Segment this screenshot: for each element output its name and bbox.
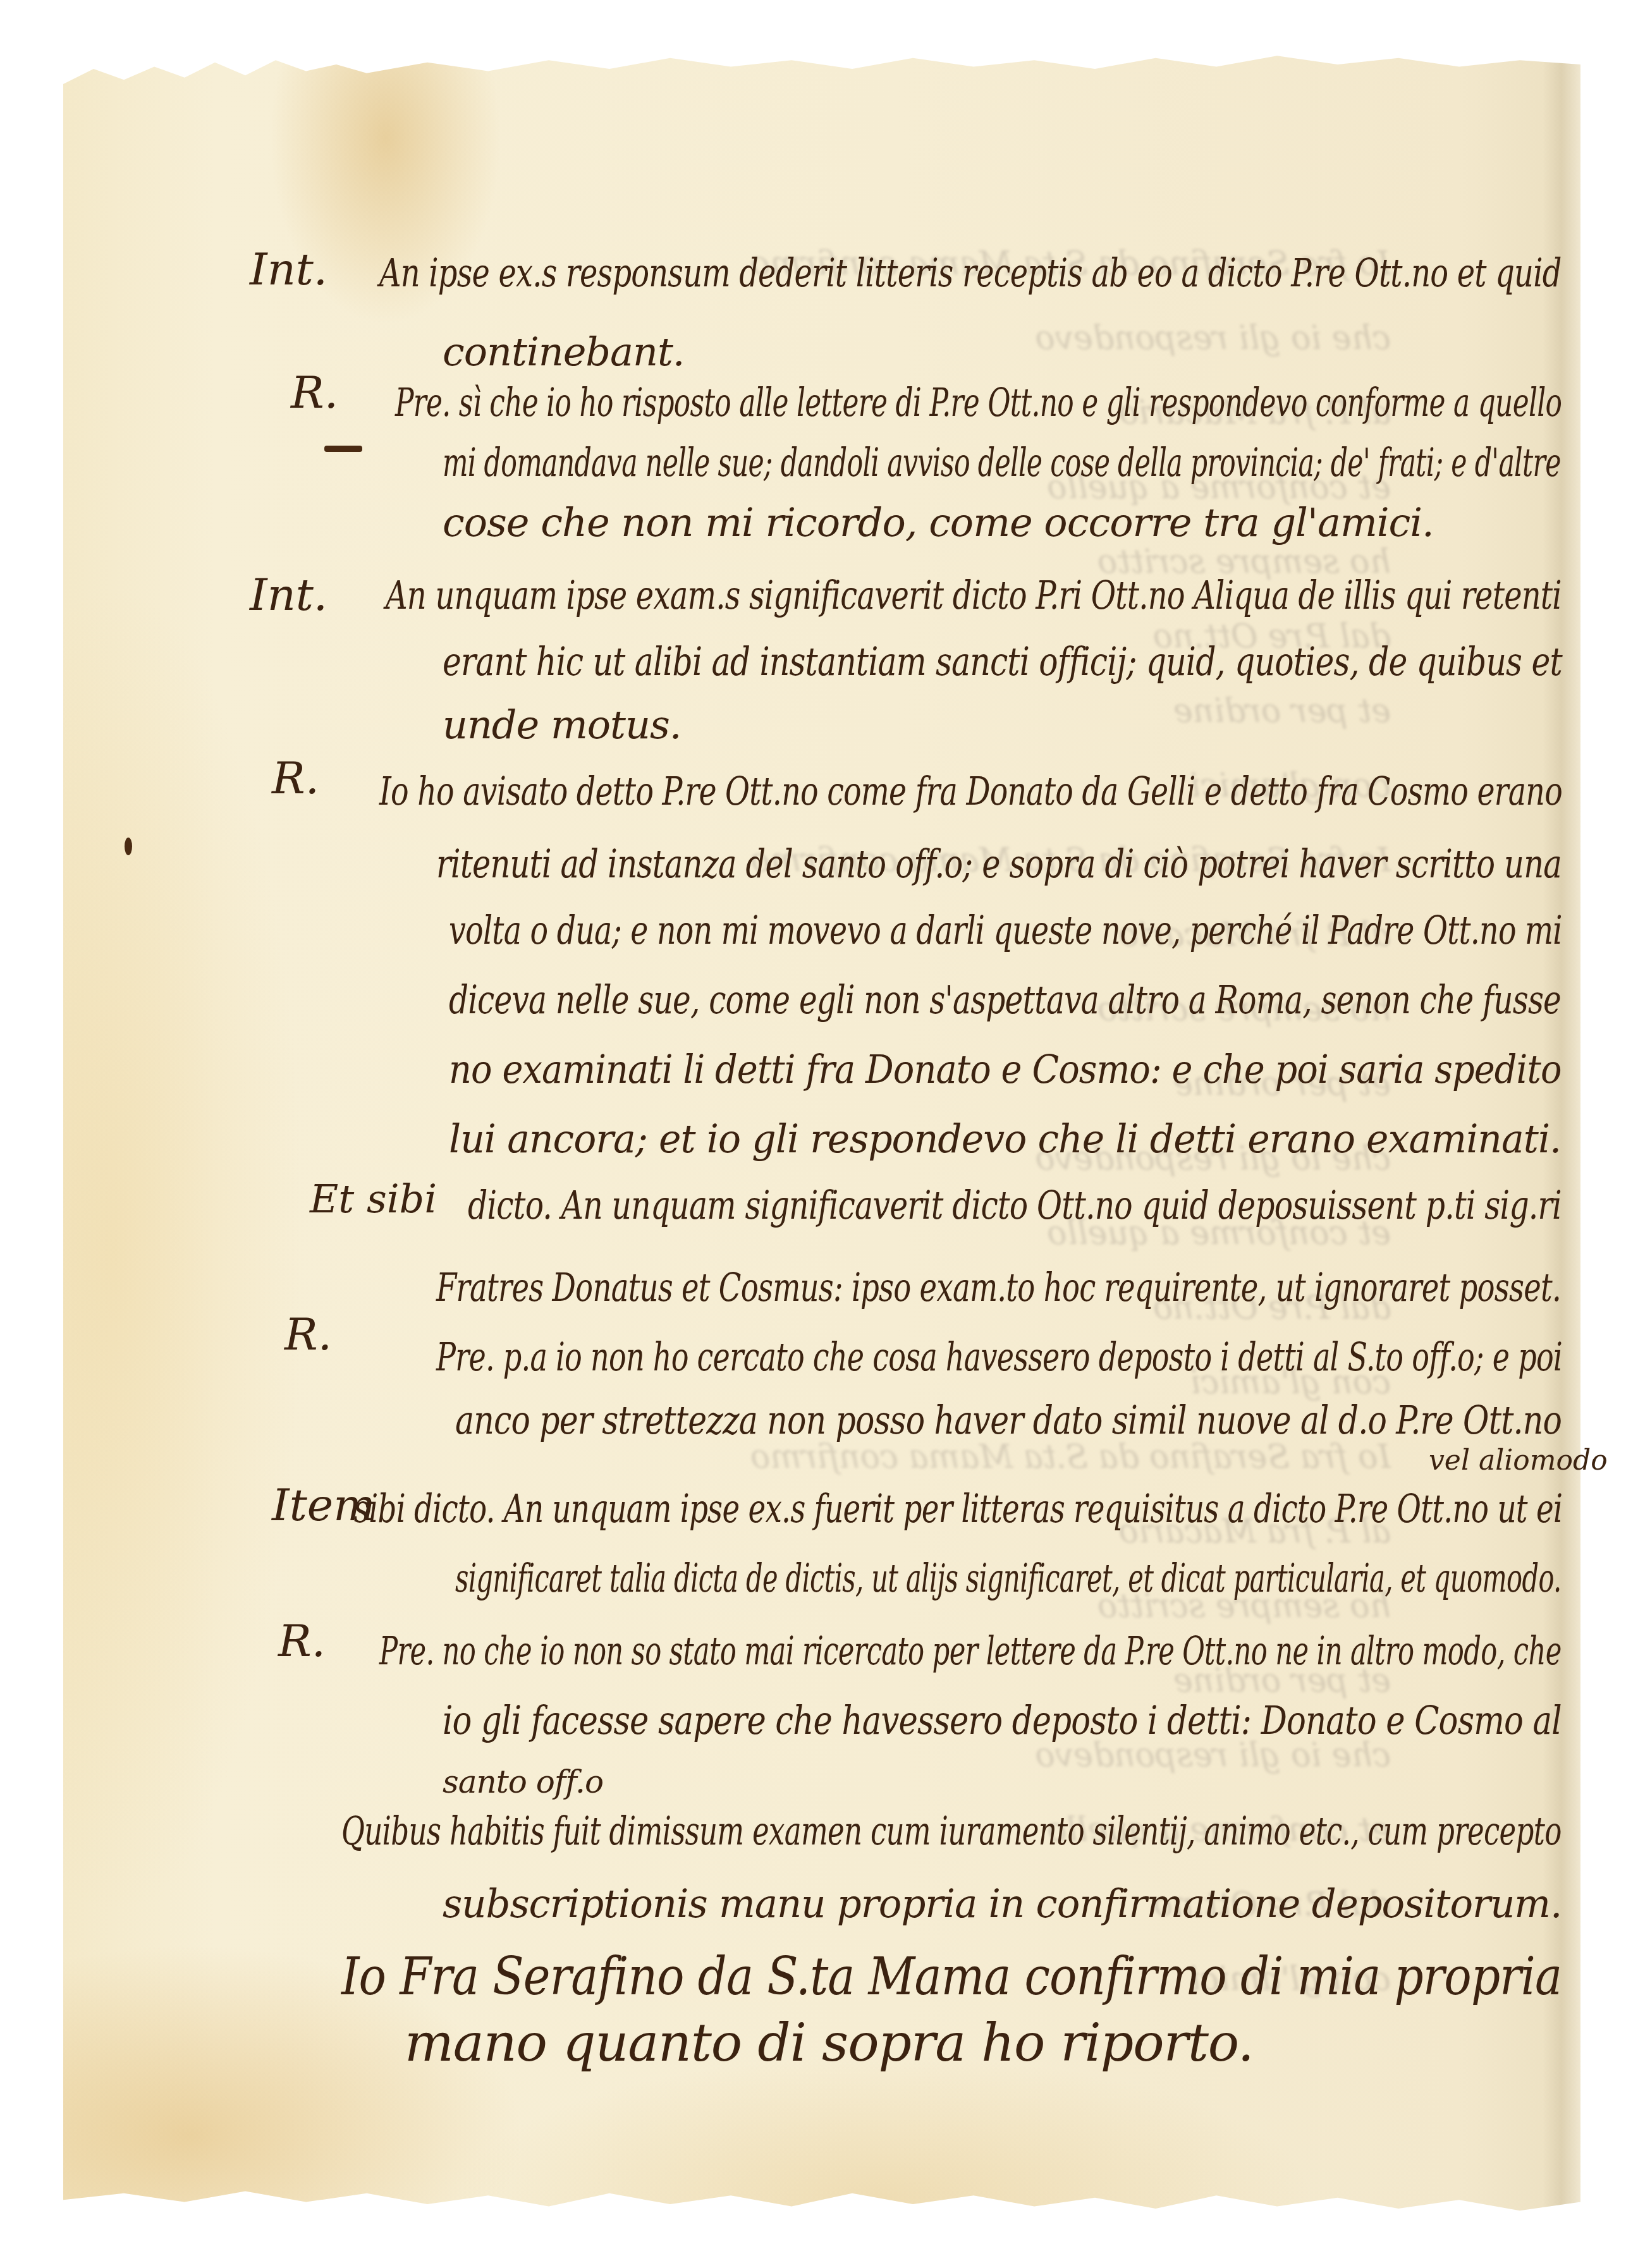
text-line: mi domandava nelle sue; dandoli avviso d… (443, 439, 1561, 485)
text-line: no examinati li detti fra Donato e Cosmo… (449, 1046, 1562, 1092)
text-line: diceva nelle sue, come egli non s'aspett… (449, 977, 1561, 1023)
text-line: Pre. no che io non so stato mai ricercat… (379, 1628, 1562, 1674)
text-line: erant hic ut alibi ad instantiam sancti … (443, 638, 1562, 685)
text-line: volta o dua; e non mi movevo a darli que… (449, 907, 1562, 953)
text-line: cose che non mi ricordo, come occorre tr… (443, 499, 1434, 546)
text-line: An ipse ex.s responsum dederit litteris … (379, 250, 1562, 296)
marginal-addition: vel aliomodo (1429, 1444, 1608, 1477)
ink-blot (125, 838, 132, 855)
text-line: sibi dicto. An unquam ipse ex.s fuerit p… (354, 1485, 1562, 1532)
text-line: lui ancora; et io gli respondevo che li … (449, 1116, 1561, 1162)
text-line: santo off.o (443, 1764, 603, 1800)
text-line: continebant. (443, 329, 685, 375)
bleed-line: che io gli respondevo (190, 301, 1391, 375)
text-line: subscriptionis manu propria in confirmat… (443, 1881, 1562, 1927)
signature-line: mano quanto di sopra ho riporto. (405, 2013, 1254, 2073)
margin-label-response: R. (291, 367, 338, 418)
bleed-line: et per ordine (190, 674, 1391, 748)
text-line: Quibus habitis fuit dimissum examen cum … (341, 1808, 1562, 1854)
signature-line: Io Fra Serafino da S.ta Mama confirmo di… (341, 1947, 1562, 2007)
text-line: Io ho avisato detto P.re Ott.no come fra… (379, 768, 1562, 814)
ink-dash-mark (324, 446, 362, 452)
margin-label-response: R. (272, 752, 319, 804)
text-line: io gli facesse sapere che havessero depo… (443, 1697, 1562, 1743)
text-line: ritenuti ad instanza del santo off.o; e … (436, 841, 1562, 887)
text-line: significaret talia dicta de dictis, ut a… (455, 1555, 1562, 1601)
margin-label-int: Int. (250, 569, 327, 621)
margin-label-response: R. (284, 1308, 332, 1360)
text-line: unde motus. (443, 702, 681, 748)
margin-label-int: Int. (250, 243, 327, 295)
margin-label-et-sibi: Et sibi (310, 1176, 437, 1222)
text-line: Pre. sì che io ho risposto alle lettere … (395, 379, 1562, 425)
text-line: anco per strettezza non posso haver dato… (455, 1397, 1562, 1443)
text-line: An unquam ipse exam.s significaverit dic… (386, 572, 1562, 618)
text-line: dicto. An unquam significaverit dicto Ot… (468, 1182, 1562, 1228)
margin-label-response: R. (278, 1615, 326, 1667)
text-line: Pre. p.a io non ho cercato che cosa have… (436, 1334, 1562, 1380)
text-line: Fratres Donatus et Cosmus: ipso exam.to … (436, 1264, 1561, 1310)
